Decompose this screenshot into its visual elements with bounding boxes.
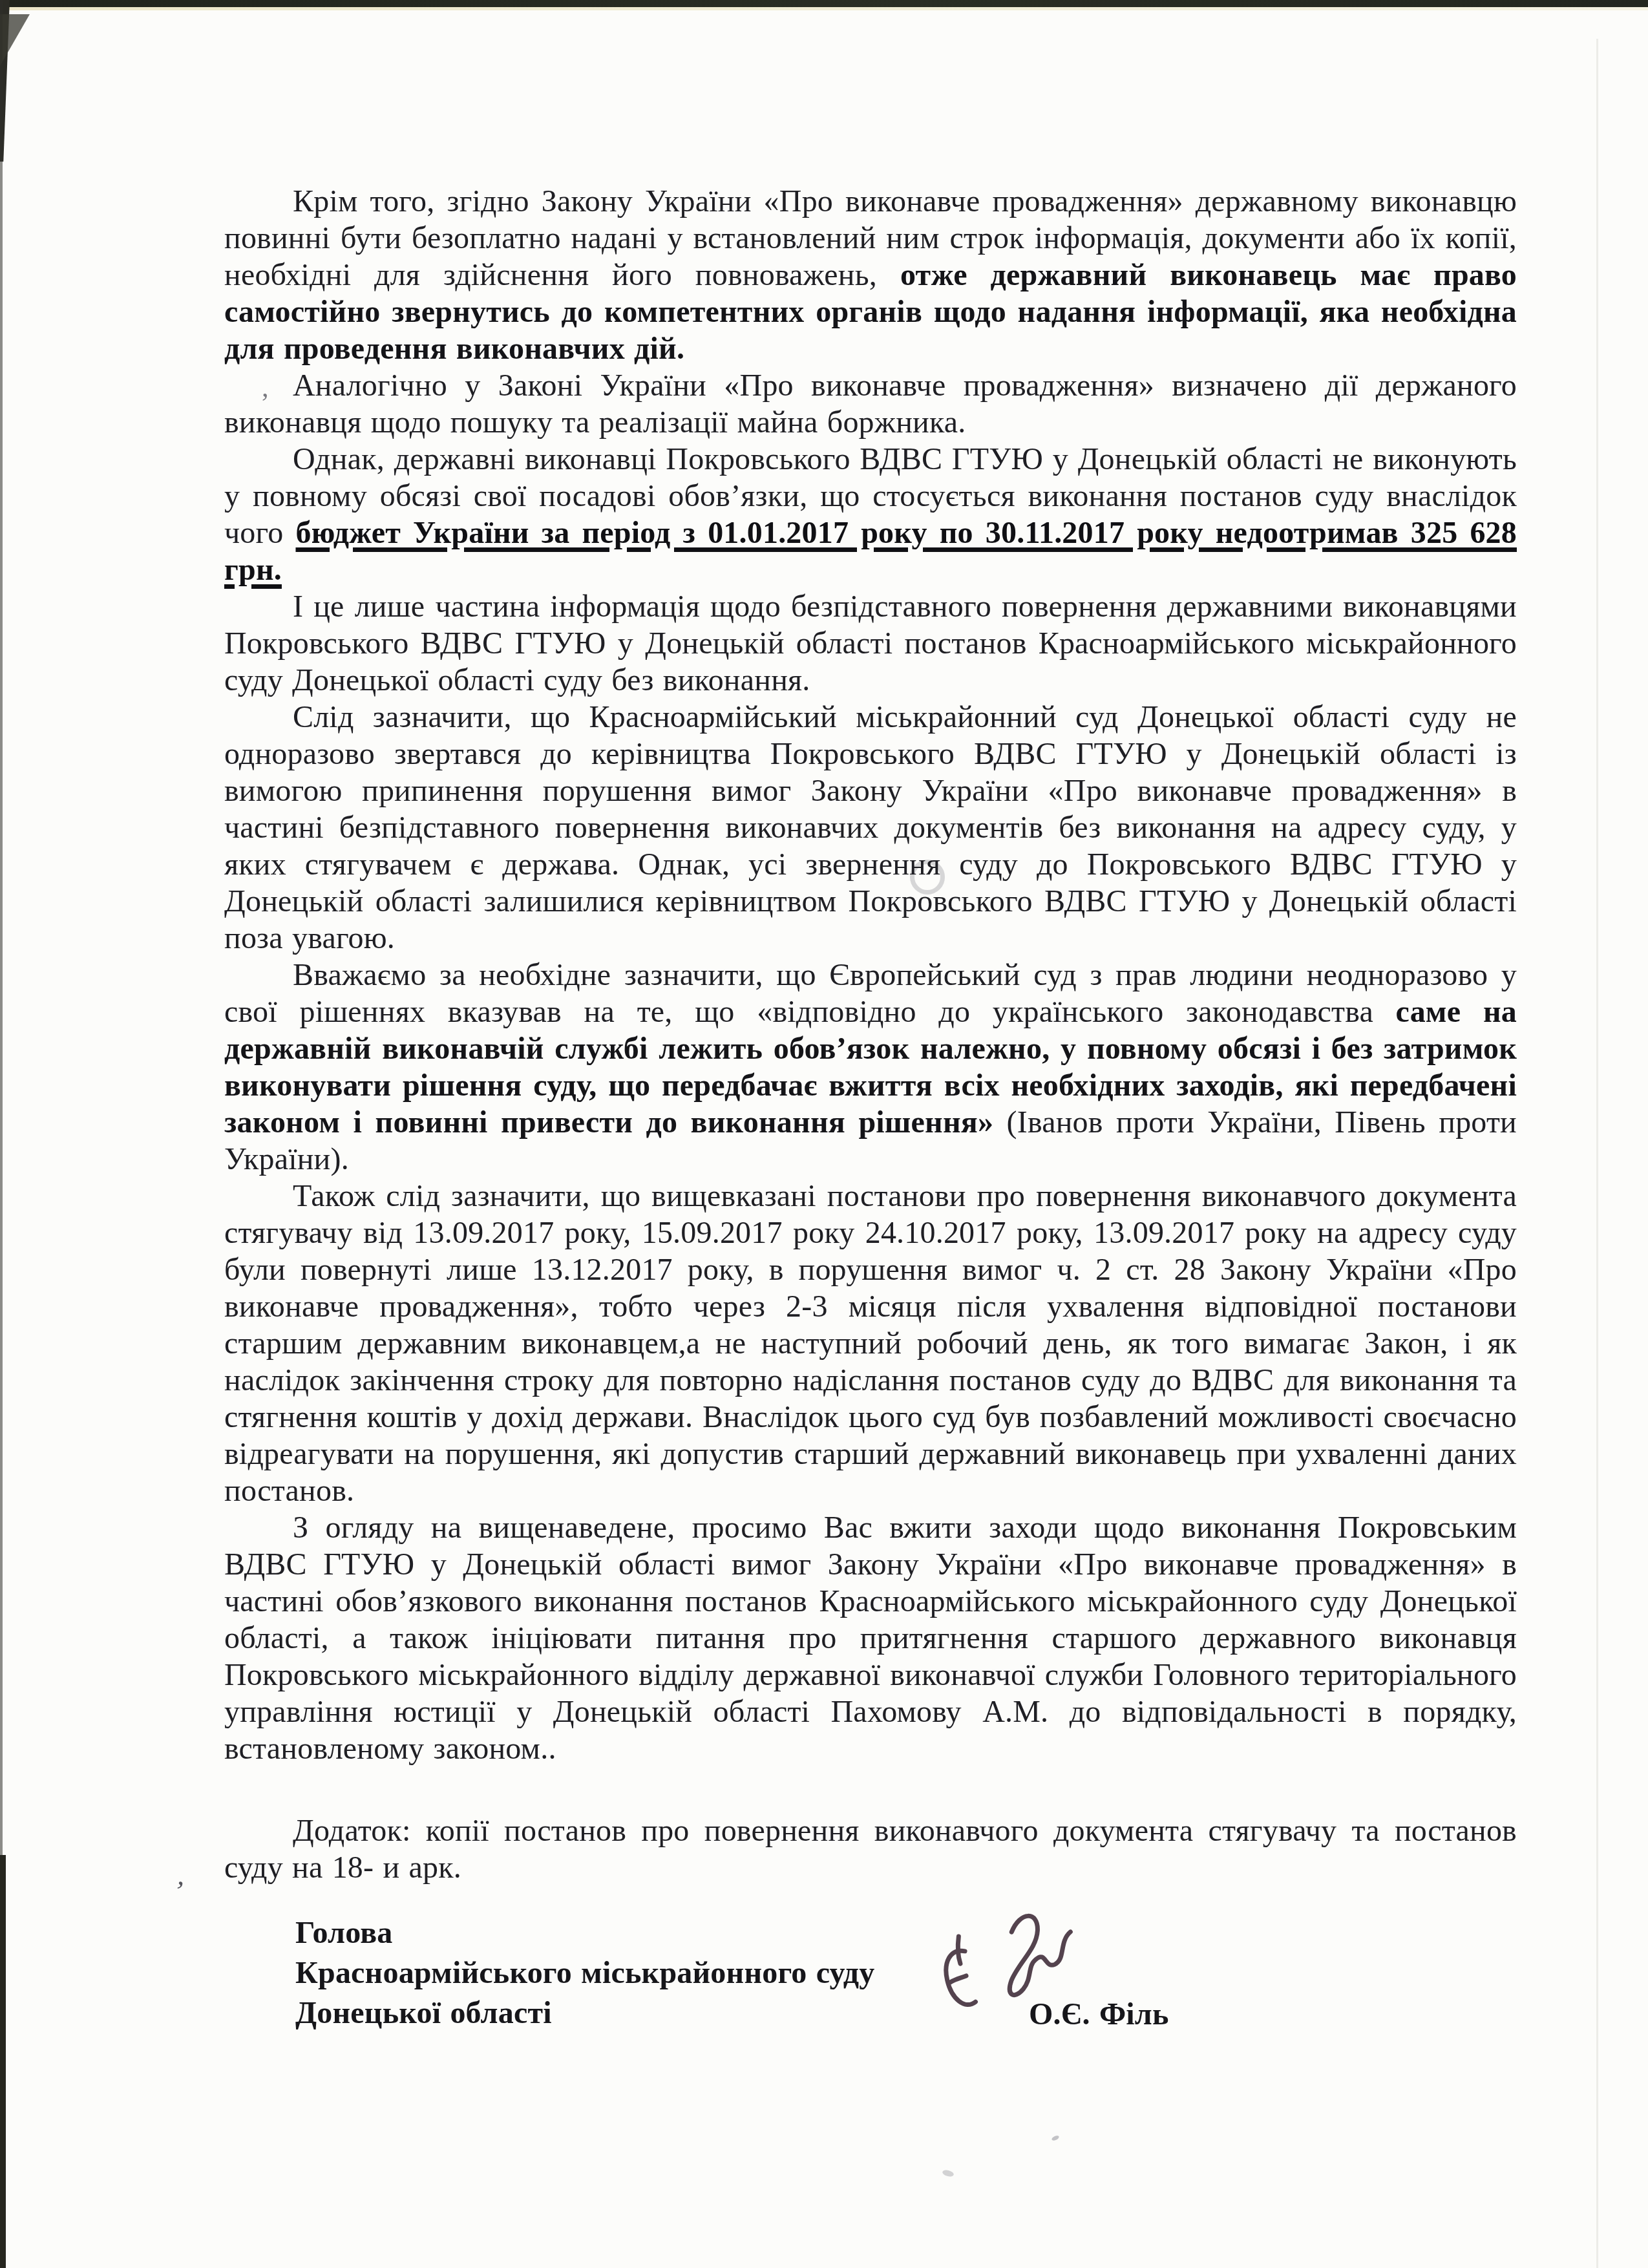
- paragraph-analogous-law: Аналогічно у Законі України «Про виконав…: [224, 367, 1517, 441]
- paragraph-law-quote: Крім того, згідно Закону України «Про ви…: [224, 183, 1517, 367]
- paragraph-text: З огляду на вищенаведене, просимо Вас вж…: [224, 1510, 1517, 1766]
- scan-speck-comma: ,: [176, 1858, 188, 1892]
- signer-title-line: Красноармійського міськрайонного суду: [295, 1953, 1517, 1993]
- paragraph-budget-loss: Однак, державні виконавці Покровського В…: [224, 441, 1517, 588]
- paragraph-text: Аналогічно у Законі України «Про виконав…: [224, 368, 1517, 440]
- scan-edge-left-bottom: [0, 1855, 6, 2268]
- paragraph-attachment: Додаток: копії постанов про повернення в…: [224, 1812, 1517, 1886]
- scan-edge-top: [0, 0, 1648, 7]
- scan-speck-smudge: [1051, 2135, 1059, 2142]
- paragraph-text-bold-underline: бюджет України за період з 01.01.2017 ро…: [224, 516, 1517, 587]
- scan-edge-top-fringe: [0, 7, 1648, 10]
- scanned-letter-page: ’ , Крім того, згідно Закону України «Пр…: [0, 0, 1648, 2268]
- signature-block: Голова Красноармійського міськрайонного …: [224, 1913, 1517, 2033]
- paragraph-partial-info: І це лише частина інформація щодо безпід…: [224, 588, 1517, 699]
- signer-title-line: Голова: [295, 1913, 1517, 1953]
- paragraph-returned-resolutions: Також слід зазначити, що вищевказані пос…: [224, 1178, 1517, 1509]
- paragraph-request-measures: З огляду на вищенаведене, просимо Вас вж…: [224, 1509, 1517, 1767]
- paragraph-text: Також слід зазначити, що вищевказані пос…: [224, 1179, 1517, 1508]
- paragraph-text: Додаток: копії постанов про повернення в…: [224, 1814, 1517, 1885]
- letter-body: Крім того, згідно Закону України «Про ви…: [224, 183, 1517, 2033]
- paragraph-court-appeals: Слід зазначити, що Красноармійський місь…: [224, 699, 1517, 957]
- paragraph-text: Вважаємо за необхідне зазначити, що Євро…: [224, 958, 1517, 1029]
- paragraph-text: І це лише частина інформація щодо безпід…: [224, 589, 1517, 697]
- paragraph-echr: Вважаємо за необхідне зазначити, що Євро…: [224, 957, 1517, 1178]
- signer-title-line: Донецької області: [295, 1993, 1517, 2033]
- paragraph-text: Слід зазначити, що Красноармійський місь…: [224, 700, 1517, 955]
- scan-fold-line: [1596, 39, 1598, 2268]
- scan-edge-left-wedge: [0, 14, 30, 66]
- scan-speck-smudge: [942, 2169, 955, 2178]
